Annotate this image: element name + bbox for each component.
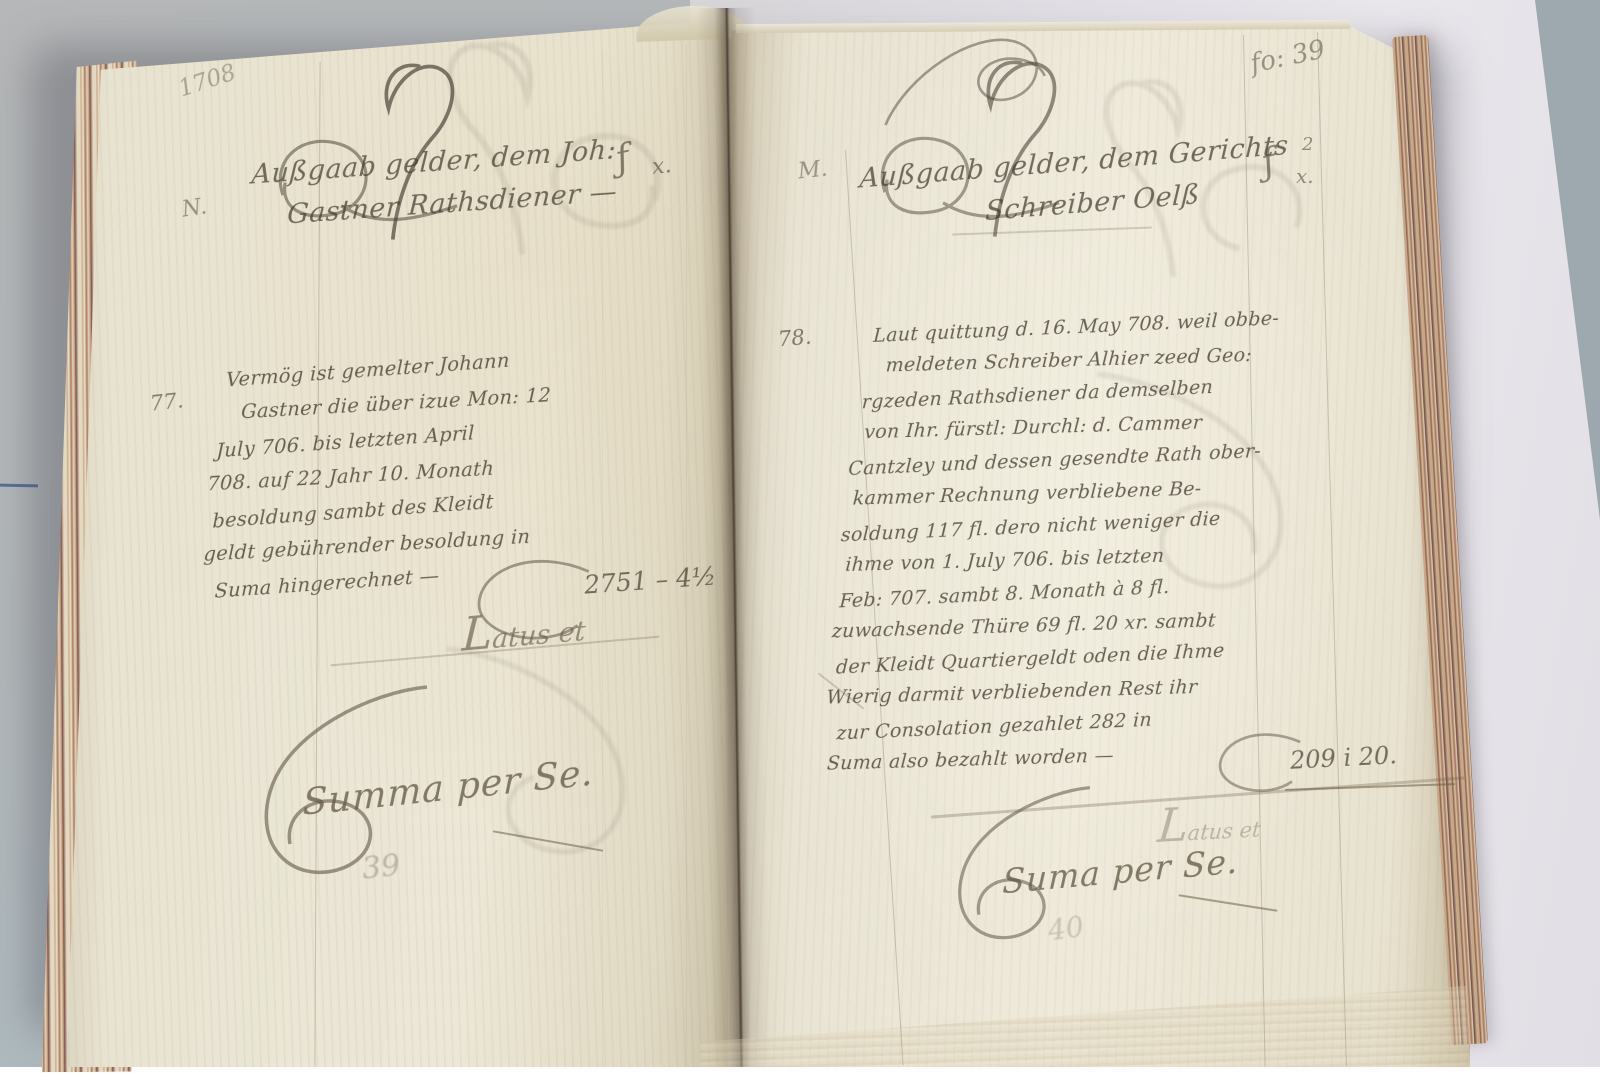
header-prefix-mark: N. <box>180 194 208 222</box>
entry-body-right: Laut quittung d. 16. May 708. weil obbe-… <box>824 304 1280 782</box>
column-mark-kreuzer: x. <box>651 153 673 180</box>
photo-of-open-ledger: 1708 N. Außgaab gelder, dem Joh: Gastner… <box>0 0 1600 1067</box>
header-prefix-mark: M. <box>797 157 829 185</box>
entry-number: 78. <box>777 325 812 352</box>
entry-number: 77. <box>149 388 185 415</box>
pencil-folio-number: 40 <box>1046 910 1086 948</box>
column-mark-two: 2 <box>1302 134 1313 155</box>
pencil-folio-number: 39 <box>360 848 402 887</box>
amount-value: 209 i 20. <box>1289 741 1397 775</box>
column-rule <box>686 45 687 1067</box>
column-mark-kreuzer: x. <box>1296 164 1314 188</box>
